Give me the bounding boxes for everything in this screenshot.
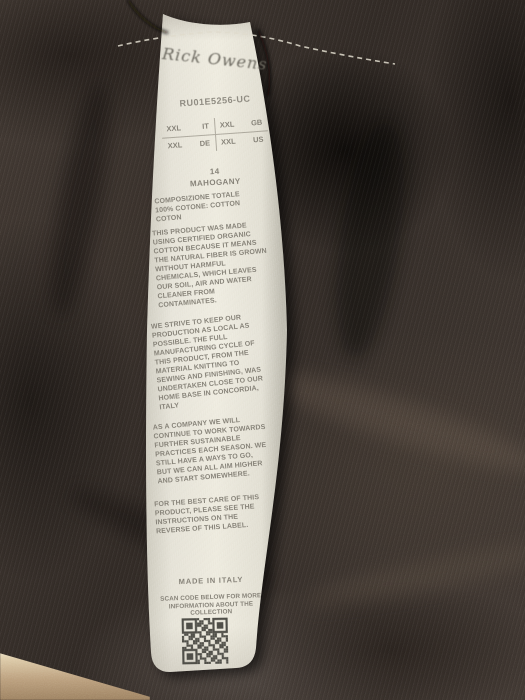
composition-text: COMPOSIZIONE TOTALE 100% COTONE: COTTON … — [154, 187, 282, 225]
qr-code-graphic — [182, 618, 229, 665]
made-in-italy-text: MADE IN ITALY — [146, 574, 276, 588]
brand-signature: Rick Owens — [161, 44, 278, 75]
local-production-paragraph: WE STRIVE TO KEEP OUR PRODUCTION AS LOCA… — [151, 310, 286, 413]
size-cell-group: XXL US — [215, 131, 269, 151]
scan-code-note: SCAN CODE BELOW FOR MORE INFORMATION ABO… — [148, 592, 275, 619]
size-region: GB — [251, 115, 263, 132]
size-table: XXL IT XXL GB XXL DE XXL US — [161, 114, 269, 154]
qr-code — [182, 618, 229, 665]
product-code: RU01E5256-UC — [146, 91, 284, 111]
size-cell-group: XXL DE — [162, 135, 215, 155]
care-label-content: Rick Owens RU01E5256-UC XXL IT XXL GB XX… — [146, 14, 284, 676]
organic-cotton-paragraph: THIS PRODUCT WAS MADE USING CERTIFIED OR… — [152, 219, 285, 311]
care-instructions-paragraph: FOR THE BEST CARE OF THIS PRODUCT, PLEAS… — [154, 492, 282, 537]
size-value: XXL — [167, 137, 183, 154]
size-region: US — [253, 132, 265, 149]
size-value: XXL — [221, 134, 237, 151]
sustainability-paragraph: AS A COMPANY WE WILL CONTINUE TO WORK TO… — [152, 413, 283, 487]
size-region: DE — [199, 135, 211, 152]
size-value: XXL — [166, 120, 182, 137]
size-region: IT — [202, 118, 210, 134]
size-value: XXL — [219, 117, 235, 134]
photo-garment-care-label: Rick Owens RU01E5256-UC XXL IT XXL GB XX… — [0, 0, 525, 700]
